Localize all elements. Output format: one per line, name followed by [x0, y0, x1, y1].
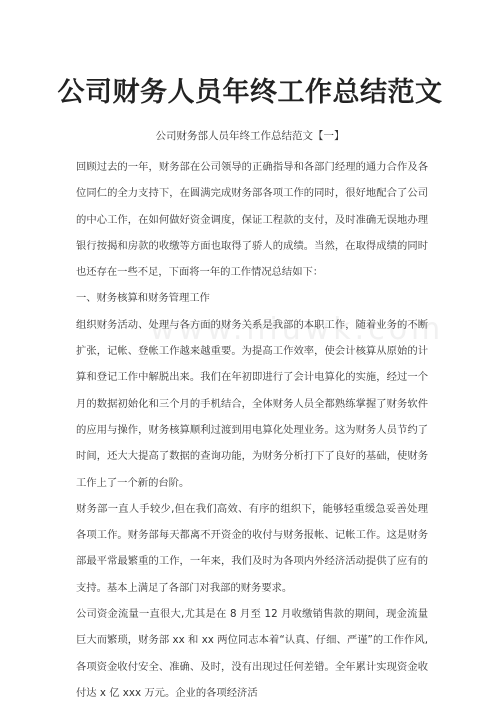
paragraph-intro: 回顾过去的一年，财务部在公司领导的正确指导和各部门经理的通力合作及各位同仁的全力…: [76, 154, 428, 285]
paragraph-staffing: 财务部一直人手较少,但在我们高效、有序的组织下，能够轻重缓急妥善处理各项工作。财…: [76, 496, 428, 601]
section-heading: 一、财务核算和财务管理工作: [76, 285, 428, 311]
document-body: 回顾过去的一年，财务部在公司领导的正确指导和各部门经理的通力合作及各位同仁的全力…: [76, 154, 428, 706]
paragraph-accounting: 组织财务活动、处理与各方面的财务关系是我部的本职工作，随着业务的不断扩张，记帐、…: [76, 312, 428, 496]
document-subtitle: 公司财务部人员年终工作总结范文【一】: [0, 128, 500, 143]
paragraph-cashflow: 公司资金流量一直很大,尤其是在 8 月至 12 月收缴销售款的期间，现金流量巨大…: [76, 601, 428, 706]
document-title: 公司财务人员年终工作总结范文: [0, 70, 500, 109]
document-page: 公司财务人员年终工作总结范文 公司财务部人员年终工作总结范文【一】 www.ni…: [0, 0, 500, 708]
